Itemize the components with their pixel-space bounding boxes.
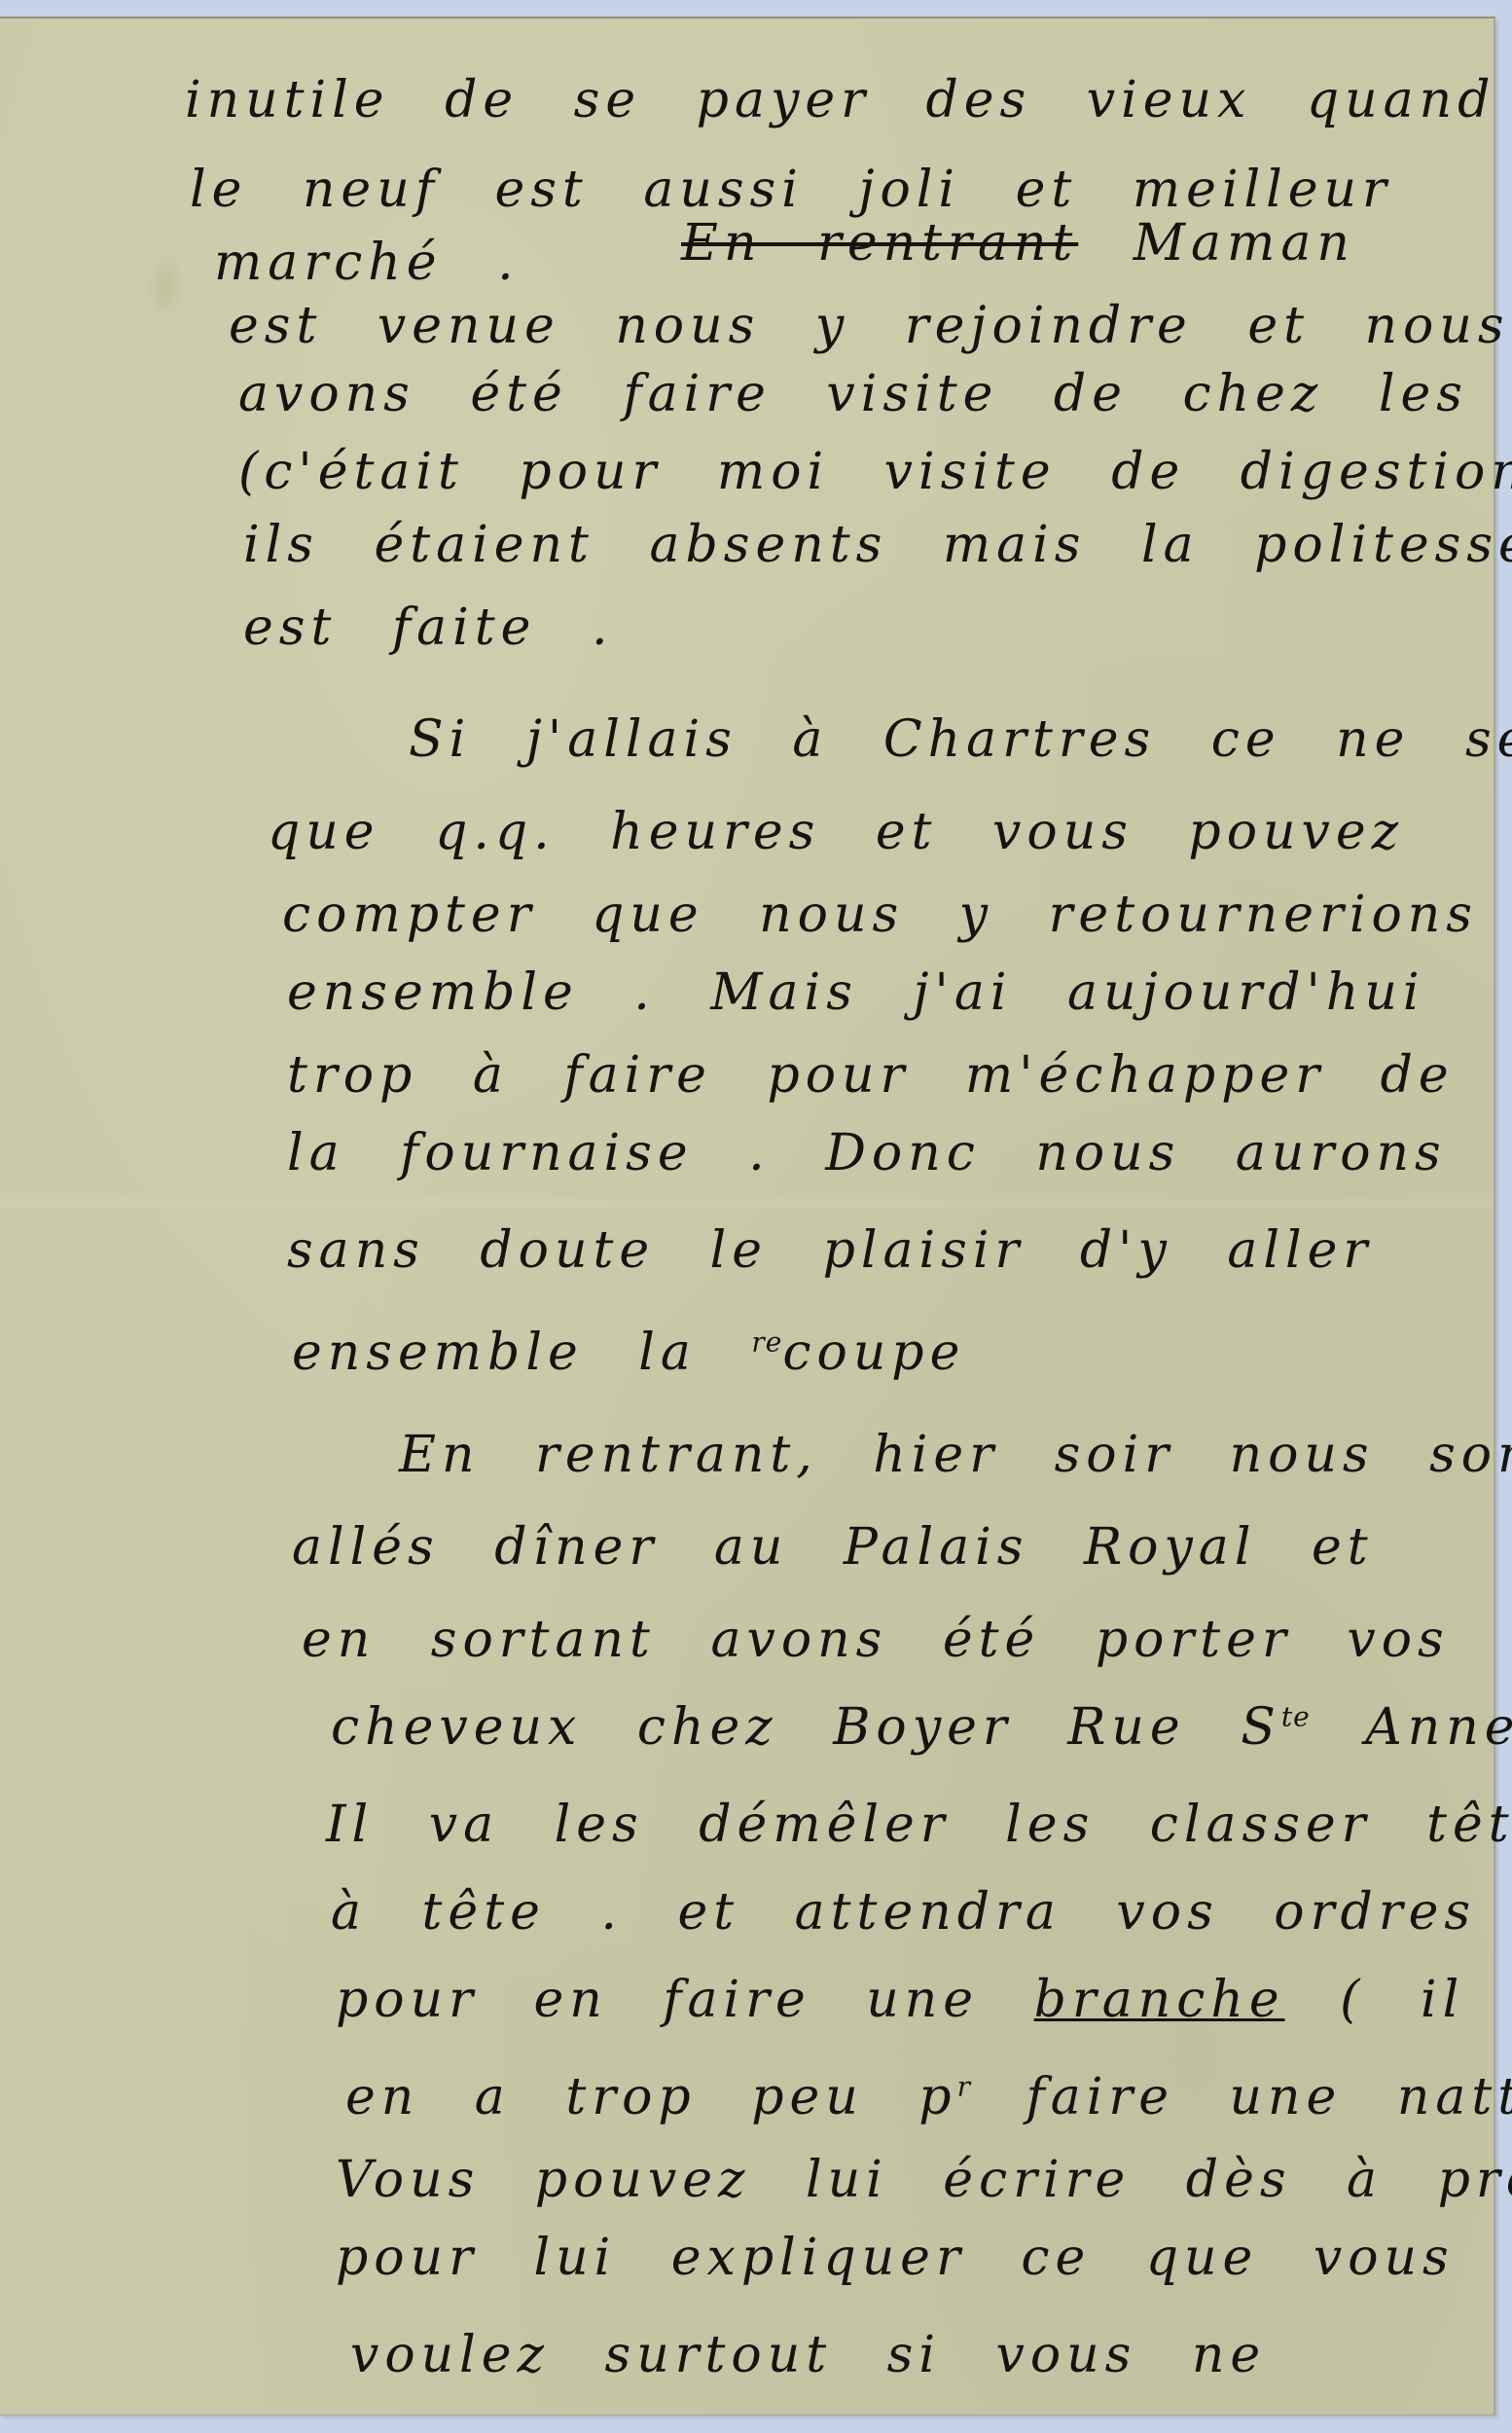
letter-line-14: la fournaise . Donc nous aurons [287,1128,1447,1179]
letter-line-2: le neuf est aussi joli et meilleur [190,164,1392,215]
letter-line-24: en a trop peu pr faire une natte ) [345,2072,1512,2123]
letter-line-15: sans doute le plaisir d'y aller [287,1225,1373,1276]
letter-line-9: Si j'allais à Chartres ce ne serait [409,714,1512,765]
letter-line-3-continuation: En rentrant Maman [681,218,1355,269]
letter-page: inutile de se payer des vieux quand le n… [0,17,1495,2415]
letter-line-20: cheveux chez Boyer Rue Ste Anne [331,1702,1512,1753]
letter-line-17: En rentrant, hier soir nous sommes [399,1430,1512,1480]
letter-line-8: est faite . [243,602,614,653]
struck-out-text: En rentrant [681,214,1078,272]
letter-line-4: est venue nous y rejoindre et nous [229,301,1510,351]
letter-line-16: ensemble la recoupe [292,1327,965,1378]
letter-line-27: voulez surtout si vous ne [350,2330,1266,2380]
letter-line-7: ils étaient absents mais la politesse [243,520,1512,570]
paper-stain [146,252,185,320]
letter-line-26: pour lui expliquer ce que vous [336,2233,1455,2283]
letter-line-5: avons été faire visite de chez les Prs J… [238,369,1512,419]
letter-line-18: allés dîner au Palais Royal et [292,1522,1374,1573]
letter-line-13: trop à faire pour m'échapper de [287,1050,1455,1101]
letter-line-6: (c'était pour moi visite de digestion) [238,447,1512,497]
letter-line-25: Vous pouvez lui écrire dès à présent et … [336,2155,1512,2205]
letter-line-11: compter que nous y retournerions [282,890,1478,940]
letter-line-22: à tête . et attendra vos ordres [331,1887,1476,1938]
letter-line-10: que q.q. heures et vous pouvez [268,807,1404,857]
letter-line-1: inutile de se payer des vieux quand [185,75,1495,126]
letter-line-23: pour en faire une branche ( il y [336,1975,1512,2025]
letter-line-19: en sortant avons été porter vos [302,1615,1450,1665]
letter-line-21: Il va les démêler les classer tête [326,1799,1512,1850]
paper-fold-line [0,1196,1494,1210]
underlined-word: branche [1034,1971,1285,2029]
letter-line-12: ensemble . Mais j'ai aujourd'hui [287,967,1424,1018]
letter-line-3: marché . [214,237,520,288]
